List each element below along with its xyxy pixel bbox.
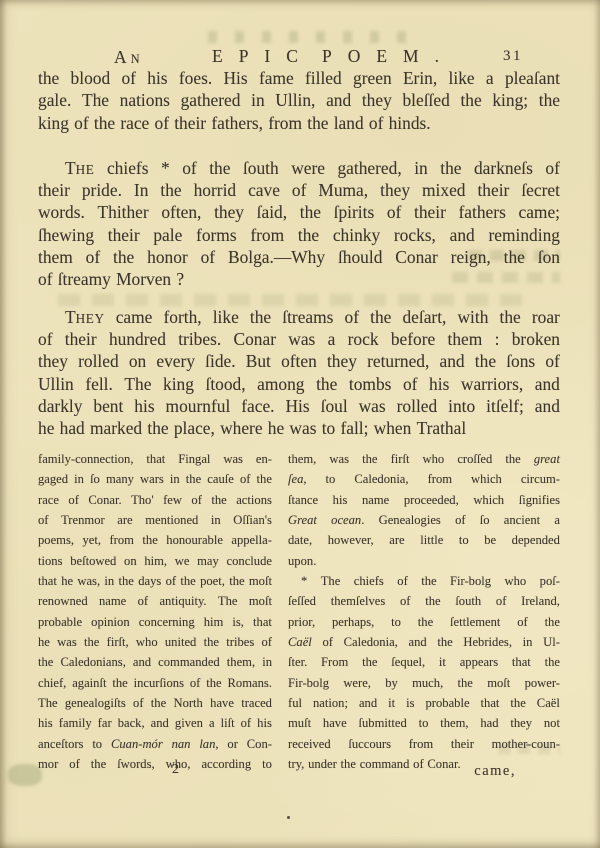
paper-speck xyxy=(287,816,290,819)
body-text-line: darklybenthismournfulface.Hisſoulwasroll… xyxy=(38,396,560,418)
footnote-line: upon. xyxy=(288,554,560,574)
footnote-line: family-connection,thatFingalwasen- xyxy=(38,452,272,472)
running-head-article: AN xyxy=(114,47,141,68)
footnote-line: hewasthefirſt,whounitedthetribesof xyxy=(38,635,272,655)
bleed-through-mark xyxy=(208,31,424,43)
footnote-line: try,underthecommandofConar. xyxy=(288,757,560,777)
book-page: AN EPIC POEM. 31 thebloodofhisfoes.Hisfa… xyxy=(0,0,600,848)
footnote-line: tionsbeſtowedonhim,wemayconclude xyxy=(38,554,272,574)
body-text-line: themofthehonorofBolga.—WhyſhouldConarrei… xyxy=(38,247,560,269)
catchword: came, xyxy=(474,763,516,780)
body-text-line: kingoftheraceoftheirfathers,fromthelando… xyxy=(38,113,560,135)
footnote-line: ſea,toCaledonia,fromwhichcircum- xyxy=(288,472,560,492)
footnote-line: ſeſſedthemſelvesoftheſouthofIreland, xyxy=(288,594,560,614)
footnote-line: hisfamilyfarback,andgivenaliſtofhis xyxy=(38,716,272,736)
footnote-line: CaëlofCaledonia,andtheHebrides,inUl- xyxy=(288,635,560,655)
footnotes: family-connection,thatFingalwasen-gagedi… xyxy=(38,452,560,778)
bleed-through-mark xyxy=(8,764,42,786)
body-text-line: oftheirhundredtribes.Conarwasarockbefore… xyxy=(38,329,560,351)
running-head-title-word: EPIC xyxy=(212,46,314,67)
body-text-line: THEchiefs*oftheſouthweregathered,intheda… xyxy=(38,158,560,180)
paragraph-list: thebloodofhisfoes.HisfamefilledgreenErin… xyxy=(38,68,560,440)
footnote-line: receivedſuccoursfromtheirmother-coun- xyxy=(288,737,560,757)
body-text-line: ofſtreamyMorven? xyxy=(38,269,560,291)
footnote-line: Fir-bolgwere,bymuch,themoſtpower- xyxy=(288,676,560,696)
footnote-line: muſthaveſubmittedtothem,hadtheynot xyxy=(288,716,560,736)
footnote-line: moroftheſwords,who,accordingto xyxy=(38,757,272,777)
footnote-line: anceſtorstoCuan-mórnanlan,orCon- xyxy=(38,737,272,757)
footnote-line: probableopinionconcerninghimis,that xyxy=(38,615,272,635)
footnote-column-right: them,wasthefirſtwhocroſſedthegreatſea,to… xyxy=(288,452,560,778)
footnote-column-left: family-connection,thatFingalwasen-gagedi… xyxy=(38,452,272,778)
body-text-line: THEYcameforth,liketheſtreamsofthedeſart,… xyxy=(38,307,560,329)
footnote-line: ThegenealogiſtsoftheNorthhavetraced xyxy=(38,696,272,716)
body-text-line: ſhewingtheirpaleformsfromthechinkyrocks,… xyxy=(38,225,560,247)
paragraph: THEchiefs*oftheſouthweregathered,intheda… xyxy=(38,158,560,292)
footnote-line: Greatocean.Genealogiesofſoancienta xyxy=(288,513,560,533)
paragraph: THEYcameforth,liketheſtreamsofthedeſart,… xyxy=(38,307,560,441)
footnote-line: date,however,arelittletobedepended xyxy=(288,533,560,553)
footnote-line: gagedinſomanywarsinthecauſeofthe xyxy=(38,472,272,492)
footnote-line: prior,perhaps,totheſettlementofthe xyxy=(288,615,560,635)
footnote-line: fulnation;anditisprobablethattheCaël xyxy=(288,696,560,716)
body-text-line: theirpride.InthehorridcaveofMuma,theymix… xyxy=(38,180,560,202)
signature-mark: 2 xyxy=(172,762,179,778)
body-text-line: thebloodofhisfoes.HisfamefilledgreenErin… xyxy=(38,68,560,90)
footnote-line: them,wasthefirſtwhocroſſedthegreat xyxy=(288,452,560,472)
footnote-line: chief,againſttheincurſionsoftheRomans. xyxy=(38,676,272,696)
footnote-line: poems,yet,fromthehonourableappella- xyxy=(38,533,272,553)
body-text-line: theyrolledoneveryſide.Butoftentheyreturn… xyxy=(38,351,560,373)
footnote-line: ſter.Fromtheſequel,itappearsthatthe xyxy=(288,655,560,675)
footnote-line: raceofConar.Tho'fewoftheactions xyxy=(38,493,272,513)
footnote-line: ofTrenmorarementionedinOſſian's xyxy=(38,513,272,533)
footnote-line: renownednameofantiquity.Themoſt xyxy=(38,594,272,614)
body-text-line: words.Thitheroften,theyſaid,theſpiritsof… xyxy=(38,202,560,224)
paragraph: thebloodofhisfoes.HisfamefilledgreenErin… xyxy=(38,68,560,135)
footnote-line: theCaledonians,andcommandedthem,in xyxy=(38,655,272,675)
footnote-line: *ThechiefsoftheFir-bolgwhopoſ- xyxy=(288,574,560,594)
main-text: thebloodofhisfoes.HisfamefilledgreenErin… xyxy=(38,68,560,440)
body-text-line: hehadmarkedtheplace,wherehewastofall;whe… xyxy=(38,418,560,440)
footnote-line: thathewas,inthedaysofthepoet,themoſt xyxy=(38,574,272,594)
body-text-line: gale.ThenationsgatheredinUllin,andtheybl… xyxy=(38,90,560,112)
page-number: 31 xyxy=(503,48,523,65)
body-text-line: Ullinfell.Thekingſtood,amongthetombsofhi… xyxy=(38,374,560,396)
footnote-line: ſtancehisnameproceeded,whichſignifies xyxy=(288,493,560,513)
running-head-title-word: POEM. xyxy=(322,46,455,67)
